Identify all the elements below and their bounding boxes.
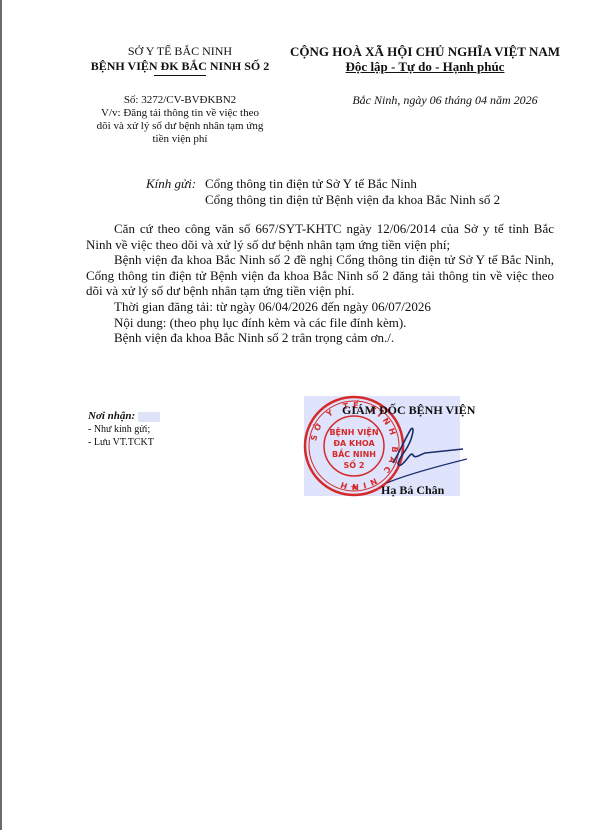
document-reference: Số: 3272/CV-BVĐKBN2 V/v: Đăng tải thông … (70, 94, 290, 146)
handwritten-signature-icon (385, 425, 467, 485)
document-number: Số: 3272/CV-BVĐKBN2 (70, 94, 290, 107)
header-underline (154, 75, 206, 76)
svg-text:SỐ 2: SỐ 2 (344, 458, 365, 470)
receiver-item-1: - Như kính gửi; (88, 423, 160, 436)
issuing-organization: SỞ Y TẾ BẮC NINH BỆNH VIỆN ĐK BẮC NINH S… (70, 44, 290, 76)
letter-body: Căn cứ theo công văn số 667/SYT-KHTC ngà… (86, 221, 554, 346)
body-paragraph-5: Bệnh viện đa khoa Bắc Ninh số 2 trân trọ… (86, 330, 554, 346)
body-paragraph-2: Bệnh viện đa khoa Bắc Ninh số 2 đề nghị … (86, 252, 554, 299)
date-line: Bắc Ninh, ngày 06 tháng 04 năm 2026 (330, 93, 560, 108)
receivers-block: Nơi nhận: - Như kính gửi; - Lưu VT.TCKT (88, 410, 160, 449)
receivers-title: Nơi nhận: (88, 410, 135, 422)
body-paragraph-3: Thời gian đăng tải: từ ngày 06/04/2026 đ… (86, 299, 554, 315)
receiver-item-2: - Lưu VT.TCKT (88, 436, 160, 449)
highlight-mark (138, 412, 160, 422)
recipients-block: Kính gửi:Cổng thông tin điện tử Sở Y tế … (146, 176, 500, 208)
page-left-border (0, 0, 2, 830)
recipient-2: Cổng thông tin điện tử Bệnh viện đa khoa… (146, 192, 500, 208)
parent-organization: SỞ Y TẾ BẮC NINH (70, 44, 290, 59)
subject-line-1: V/v: Đăng tải thông tin về việc theo (70, 107, 290, 120)
recipients-label: Kính gửi: (146, 176, 205, 192)
organization-name: BỆNH VIỆN ĐK BẮC NINH SỐ 2 (70, 59, 290, 74)
signer-name: Hạ Bá Chân (381, 483, 444, 498)
svg-text:BẮC NINH: BẮC NINH (332, 447, 376, 459)
svg-text:BỆNH VIỆN: BỆNH VIỆN (329, 427, 378, 437)
national-motto: Độc lập - Tự do - Hạnh phúc (270, 59, 580, 74)
subject-line-3: tiền viện phí (70, 133, 290, 146)
svg-text:ĐA KHOA: ĐA KHOA (333, 439, 375, 448)
subject-line-2: dõi và xử lý số dư bệnh nhân tạm ứng (70, 120, 290, 133)
body-paragraph-4: Nội dung: (theo phụ lục đính kèm và các … (86, 315, 554, 331)
body-paragraph-1: Căn cứ theo công văn số 667/SYT-KHTC ngà… (86, 221, 554, 252)
country-name: CỘNG HOÀ XÃ HỘI CHỦ NGHĨA VIỆT NAM (270, 44, 580, 59)
recipient-1: Cổng thông tin điện tử Sở Y tế Bắc Ninh (205, 176, 417, 191)
svg-text:★: ★ (350, 482, 358, 492)
signer-title: GIÁM ĐỐC BỆNH VIỆN (342, 403, 475, 418)
national-header: CỘNG HOÀ XÃ HỘI CHỦ NGHĨA VIỆT NAM Độc l… (270, 44, 580, 74)
